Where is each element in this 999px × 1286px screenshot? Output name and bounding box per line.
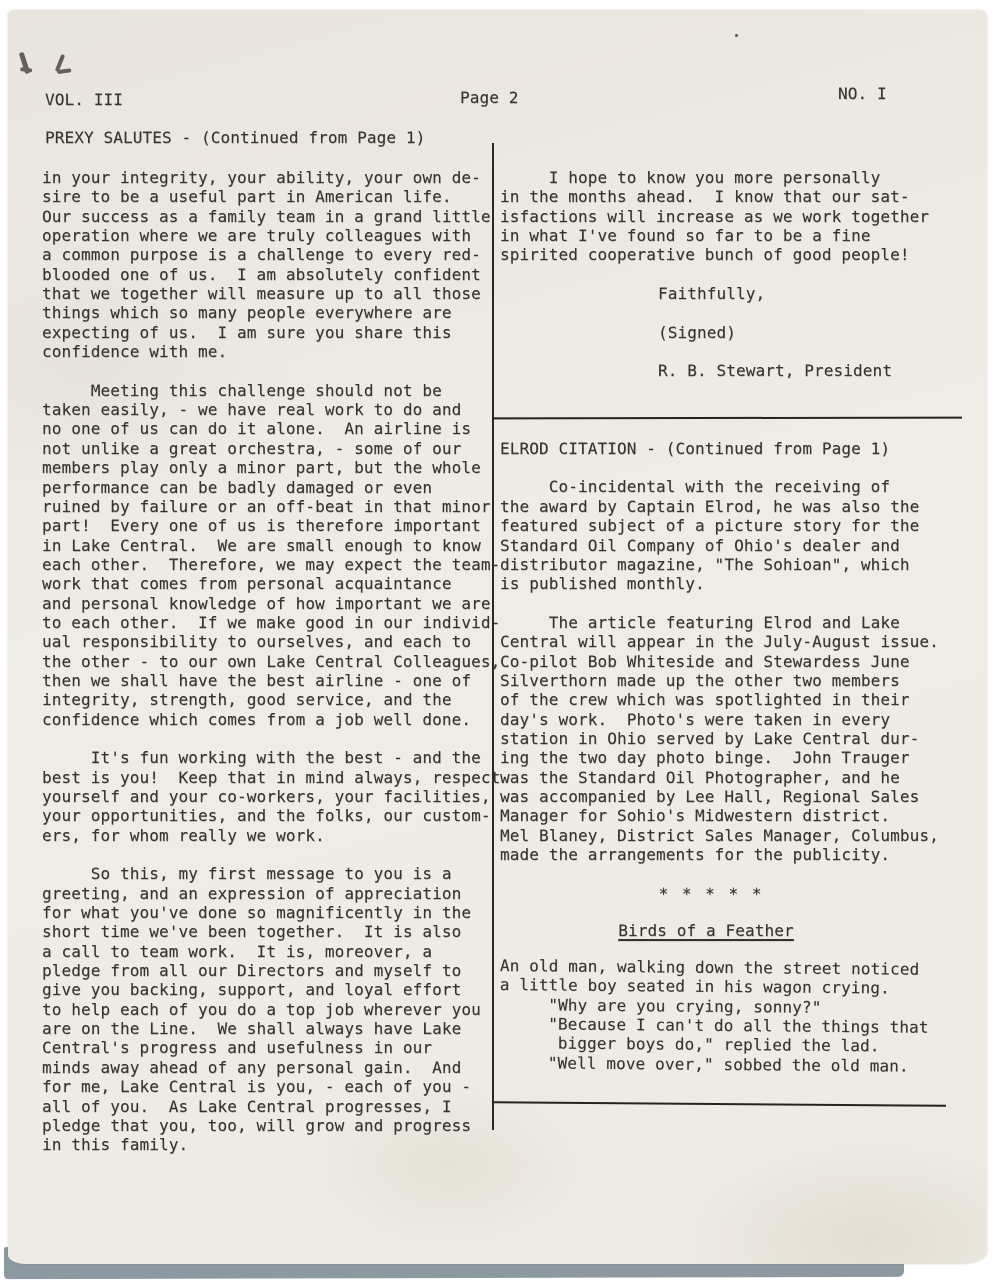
section-divider-rule (492, 416, 962, 419)
letter-valediction: Faithfully, (658, 284, 978, 303)
birds-of-a-feather-title-text: Birds of a Feather (618, 921, 794, 940)
letter-signed-note: (Signed) (658, 323, 978, 342)
birds-of-a-feather-body: An old man, walking down the street noti… (499, 956, 978, 1076)
scanned-newsletter-page: VOL. III Page 2 NO. I PREXY SALUTES - (C… (0, 0, 999, 1286)
prexy-paragraph-1: in your integrity, your ability, your ow… (42, 168, 504, 361)
issue-number: NO. I (838, 84, 887, 103)
elrod-paragraph-1: Co-incidental with the receiving of the … (500, 477, 978, 593)
elrod-citation-heading: ELROD CITATION - (Continued from Page 1) (500, 439, 978, 458)
right-column: I hope to know you more personally in th… (500, 168, 978, 1072)
asterisk-separator: * * * * * (500, 884, 978, 903)
staple-mark (55, 54, 65, 72)
scan-speck (735, 34, 738, 37)
left-column: in your integrity, your ability, your ow… (42, 168, 504, 1155)
page-number: Page 2 (460, 88, 519, 107)
letter-paragraph: I hope to know you more personally in th… (500, 168, 978, 265)
prexy-salutes-heading: PREXY SALUTES - (Continued from Page 1) (45, 128, 425, 147)
letter-signature: R. B. Stewart, President (658, 361, 978, 380)
staple-mark (19, 52, 31, 74)
elrod-paragraph-2: The article featuring Elrod and Lake Cen… (500, 613, 978, 864)
prexy-paragraph-3: It's fun working with the best - and the… (42, 748, 504, 845)
birds-of-a-feather-heading: Birds of a Feather (500, 921, 978, 940)
prexy-paragraph-4: So this, my first message to you is a gr… (42, 864, 504, 1154)
bottom-section-rule (494, 1101, 946, 1107)
prexy-paragraph-2: Meeting this challenge should not be tak… (42, 381, 504, 729)
newsletter-paper: VOL. III Page 2 NO. I PREXY SALUTES - (C… (8, 10, 987, 1264)
volume-label: VOL. III (45, 90, 123, 109)
